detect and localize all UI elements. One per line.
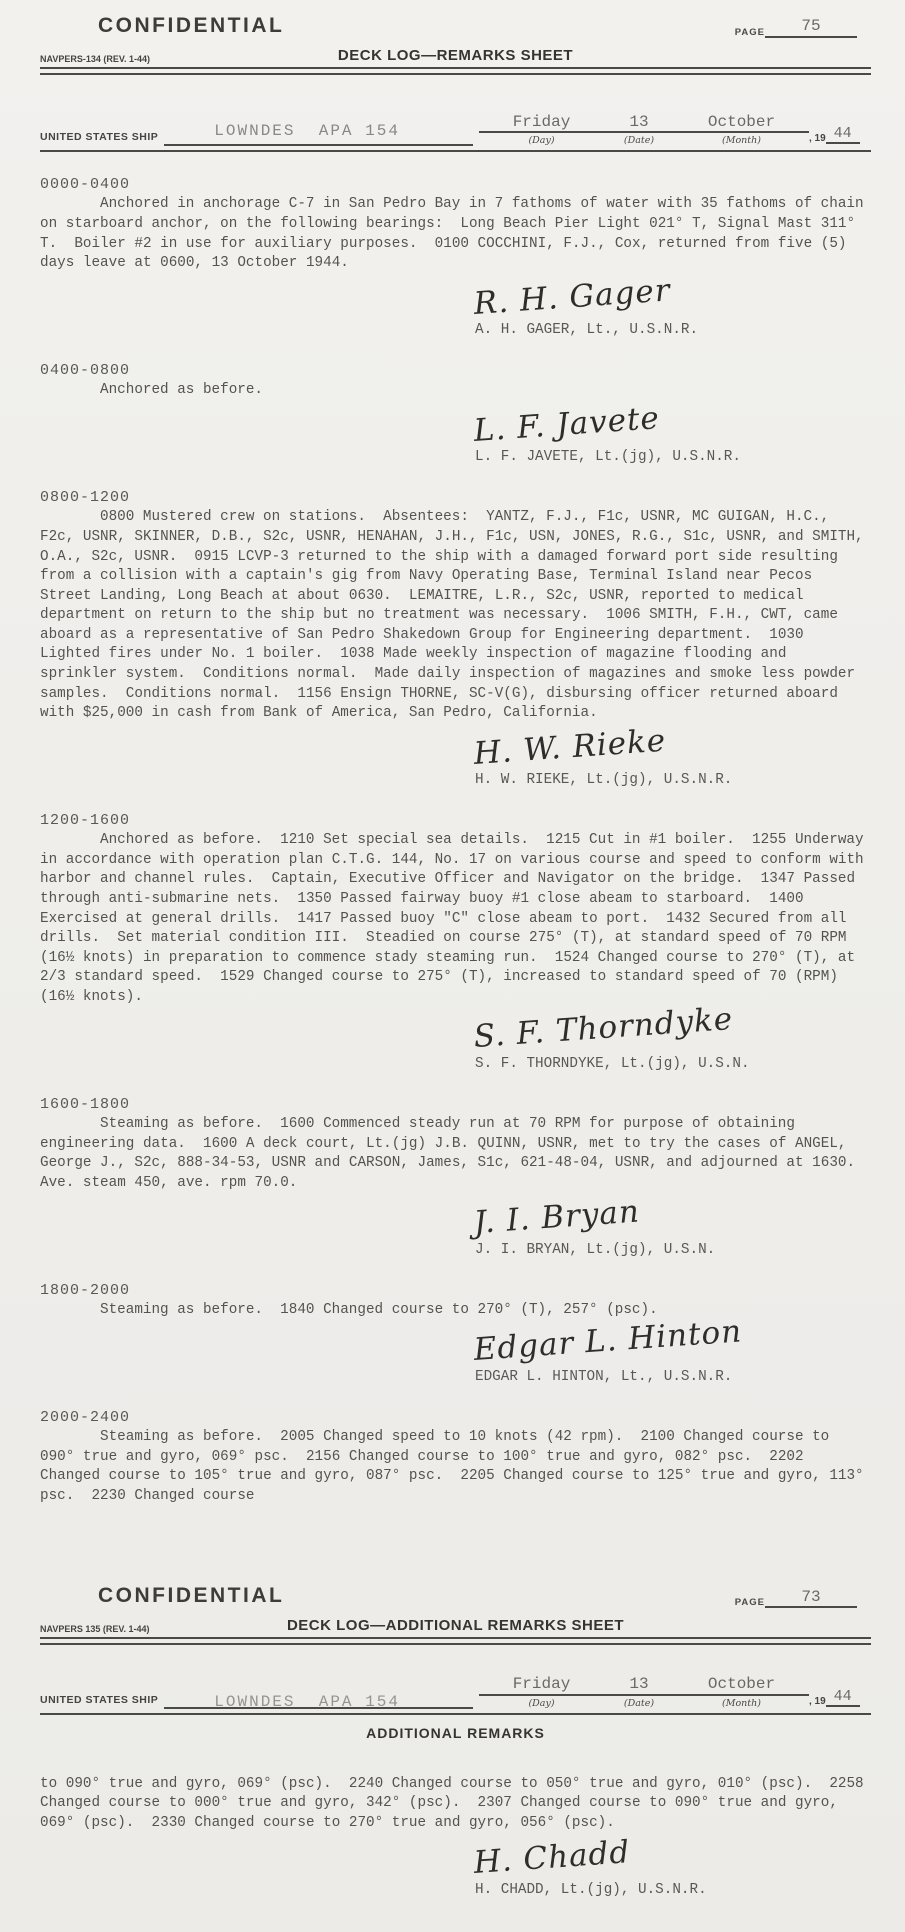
ship-name-line: LOWNDES APA 154 [164,1685,473,1709]
log-entry-0400-0800: 0400-0800 Anchored as before. L. F. Jave… [40,362,871,465]
classification-stamp: CONFIDENTIAL [98,1584,284,1608]
page-number-field: PAGE 75 [735,18,857,38]
date-label: (Date) [604,135,674,146]
form-title-row: NAVPERS 135 (REV. 1-44) DECK LOG—ADDITIO… [40,1617,871,1634]
continuation-text: to 090° true and gyro, 069° (psc). 2240 … [40,1775,871,1834]
year-value: 44 [826,125,860,144]
entry-period: 1200-1600 [40,812,871,829]
date-label: (Date) [604,1698,674,1709]
year-field: , 19 44 [809,125,871,146]
double-rule [40,67,871,75]
additional-remarks-sheet-page: CONFIDENTIAL PAGE 73 NAVPERS 135 (REV. 1… [40,1584,871,1898]
page-number: 75 [765,18,857,38]
log-entry-0800-1200: 0800-1200 0800 Mustered crew on stations… [40,489,871,788]
signature-block: H. Chadd H. CHADD, Lt.(jg), U.S.N.R. [475,1847,871,1898]
day-label: (Day) [479,135,604,146]
form-title: DECK LOG—REMARKS SHEET [255,47,656,64]
signature-block: Edgar L. Hinton EDGAR L. HINTON, Lt., U.… [475,1334,871,1385]
entry-period: 0800-1200 [40,489,871,506]
entry-period: 0000-0400 [40,176,871,193]
log-entry-0000-0400: 0000-0400 Anchored in anchorage C-7 in S… [40,176,871,338]
remarks-sheet-page: CONFIDENTIAL PAGE 75 NAVPERS-134 (REV. 1… [40,14,871,1506]
signature-typed-name: H. W. RIEKE, Lt.(jg), U.S.N.R. [475,772,871,788]
ship-date-row: UNITED STATES SHIP LOWNDES APA 154 Frida… [40,113,871,146]
entry-text: Steaming as before. 2005 Changed speed t… [40,1428,871,1506]
additional-remarks-title: ADDITIONAL REMARKS [40,1725,871,1741]
date-values: Friday 13 October [479,1675,809,1695]
day-label: (Day) [479,1698,604,1709]
year-prefix: , 19 [809,1696,826,1707]
log-entry-1600-1800: 1600-1800 Steaming as before. 1600 Comme… [40,1096,871,1258]
date-month: October [674,113,809,131]
year-value: 44 [826,1688,860,1707]
form-number: NAVPERS-134 (REV. 1-44) [40,54,255,64]
signature-block: J. I. Bryan J. I. BRYAN, Lt.(jg), U.S.N. [475,1207,871,1258]
signature-typed-name: L. F. JAVETE, Lt.(jg), U.S.N.R. [475,449,871,465]
year-field: , 19 44 [809,1688,871,1709]
entry-period: 1800-2000 [40,1282,871,1299]
page-label: PAGE [735,27,765,38]
date-date: 13 [604,1675,674,1693]
ship-label: UNITED STATES SHIP [40,131,158,146]
signature-block: L. F. Javete L. F. JAVETE, Lt.(jg), U.S.… [475,415,871,466]
date-day: Friday [479,113,604,131]
form-number: NAVPERS 135 (REV. 1-44) [40,1624,255,1634]
signature-typed-name: EDGAR L. HINTON, Lt., U.S.N.R. [475,1369,871,1385]
ship-name: LOWNDES APA 154 [164,1693,400,1711]
signature-block: H. W. Rieke H. W. RIEKE, Lt.(jg), U.S.N.… [475,738,871,789]
entry-text: Steaming as before. 1600 Commenced stead… [40,1115,871,1193]
ship-name: LOWNDES APA 154 [164,122,400,140]
page-label: PAGE [735,1597,765,1608]
year-prefix: , 19 [809,133,826,144]
page1-header: CONFIDENTIAL PAGE 75 [40,14,871,38]
page-number-field: PAGE 73 [735,1589,857,1609]
signature-typed-name: S. F. THORNDYKE, Lt.(jg), U.S.N. [475,1056,871,1072]
date-field: Friday 13 October (Day) (Date) (Month) [479,1675,809,1708]
entry-period: 2000-2400 [40,1409,871,1426]
signature-block: R. H. Gager A. H. GAGER, Lt., U.S.N.R. [475,288,871,339]
log-entry-1800-2000: 1800-2000 Steaming as before. 1840 Chang… [40,1282,871,1385]
signature-block: S. F. Thorndyke S. F. THORNDYKE, Lt.(jg)… [475,1021,871,1072]
classification-stamp: CONFIDENTIAL [98,14,284,38]
double-rule [40,1637,871,1645]
log-entry-1200-1600: 1200-1600 Anchored as before. 1210 Set s… [40,812,871,1072]
ship-label: UNITED STATES SHIP [40,1694,158,1709]
log-entry-2000-2400: 2000-2400 Steaming as before. 2005 Chang… [40,1409,871,1506]
date-field: Friday 13 October (Day) (Date) (Month) [479,113,809,146]
form-title: DECK LOG—ADDITIONAL REMARKS SHEET [255,1617,656,1634]
ship-date-row: UNITED STATES SHIP LOWNDES APA 154 Frida… [40,1675,871,1708]
date-labels: (Day) (Date) (Month) [479,133,809,146]
signature-typed-name: J. I. BRYAN, Lt.(jg), U.S.N. [475,1242,871,1258]
heavy-rule [40,150,871,152]
entry-period: 1600-1800 [40,1096,871,1113]
signature-typed-name: H. CHADD, Lt.(jg), U.S.N.R. [475,1882,871,1898]
date-values: Friday 13 October [479,113,809,133]
deck-log-scan: CONFIDENTIAL PAGE 75 NAVPERS-134 (REV. 1… [0,0,905,1932]
date-labels: (Day) (Date) (Month) [479,1696,809,1709]
month-label: (Month) [674,1698,809,1709]
entry-text: Anchored in anchorage C-7 in San Pedro B… [40,195,871,273]
entry-text: 0800 Mustered crew on stations. Absentee… [40,508,871,723]
entry-period: 0400-0800 [40,362,871,379]
form-title-row: NAVPERS-134 (REV. 1-44) DECK LOG—REMARKS… [40,47,871,64]
date-date: 13 [604,113,674,131]
date-day: Friday [479,1675,604,1693]
signature-typed-name: A. H. GAGER, Lt., U.S.N.R. [475,322,871,338]
page2-header: CONFIDENTIAL PAGE 73 [40,1584,871,1608]
date-month: October [674,1675,809,1693]
entry-text: Anchored as before. 1210 Set special sea… [40,831,871,1007]
heavy-rule [40,1713,871,1715]
ship-name-line: LOWNDES APA 154 [164,122,473,146]
month-label: (Month) [674,135,809,146]
page-number: 73 [765,1589,857,1609]
